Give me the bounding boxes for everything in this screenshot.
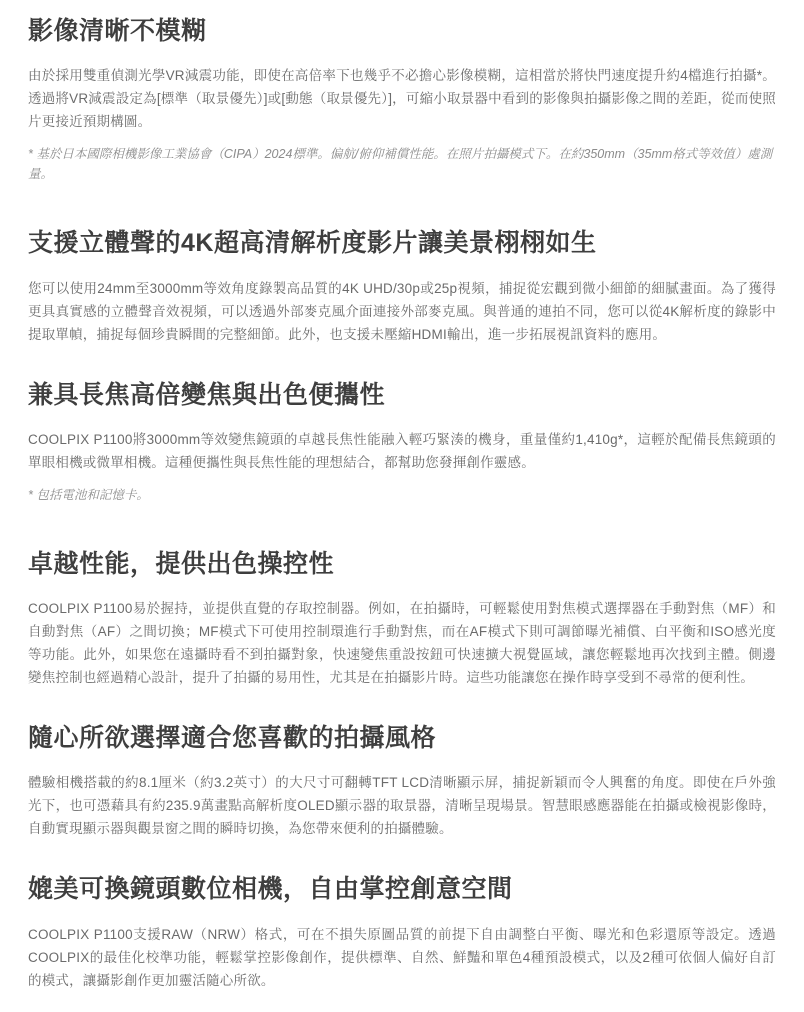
section-creative-control: 媲美可換鏡頭數位相機，自由掌控創意空間 COOLPIX P1100支援RAW（N… [28, 874, 776, 991]
section-performance-controls: 卓越性能，提供出色操控性 COOLPIX P1100易於握持，並提供直覺的存取控… [28, 549, 776, 689]
section-heading: 兼具長焦高倍變焦與出色便攜性 [28, 380, 776, 411]
section-footnote: * 基於日本國際相機影像工業協會（CIPA）2024標準。偏航/俯仰補償性能。在… [28, 144, 776, 184]
section-heading: 卓越性能，提供出色操控性 [28, 549, 776, 580]
section-body: 體驗相機搭載的約8.1厘米（約3.2英寸）的大尺寸可翻轉TFT LCD清晰顯示屏… [28, 771, 776, 840]
section-heading: 隨心所欲選擇適合您喜歡的拍攝風格 [28, 723, 776, 754]
section-body: 您可以使用24mm至3000mm等效角度錄製高品質的4K UHD/30p或25p… [28, 277, 776, 346]
section-heading: 支援立體聲的4K超高清解析度影片讓美景栩栩如生 [28, 228, 776, 259]
section-zoom-portability: 兼具長焦高倍變焦與出色便攜性 COOLPIX P1100將3000mm等效變焦鏡… [28, 380, 776, 505]
section-shooting-style: 隨心所欲選擇適合您喜歡的拍攝風格 體驗相機搭載的約8.1厘米（約3.2英寸）的大… [28, 723, 776, 840]
product-feature-page: 影像清晰不模糊 由於採用雙重偵測光學VR減震功能，即使在高倍率下也幾乎不必擔心影… [28, 16, 776, 992]
section-body: COOLPIX P1100支援RAW（NRW）格式，可在不損失原圖品質的前提下自… [28, 923, 776, 992]
section-body: 由於採用雙重偵測光學VR減震功能，即使在高倍率下也幾乎不必擔心影像模糊，這相當於… [28, 64, 776, 133]
section-vr-stabilization: 影像清晰不模糊 由於採用雙重偵測光學VR減震功能，即使在高倍率下也幾乎不必擔心影… [28, 16, 776, 184]
section-body: COOLPIX P1100將3000mm等效變焦鏡頭的卓越長焦性能融入輕巧緊湊的… [28, 428, 776, 474]
section-4k-video: 支援立體聲的4K超高清解析度影片讓美景栩栩如生 您可以使用24mm至3000mm… [28, 228, 776, 345]
section-heading: 媲美可換鏡頭數位相機，自由掌控創意空間 [28, 874, 776, 905]
section-heading: 影像清晰不模糊 [28, 16, 776, 47]
section-body: COOLPIX P1100易於握持，並提供直覺的存取控制器。例如，在拍攝時，可輕… [28, 597, 776, 689]
section-footnote: * 包括電池和記憶卡。 [28, 485, 776, 505]
